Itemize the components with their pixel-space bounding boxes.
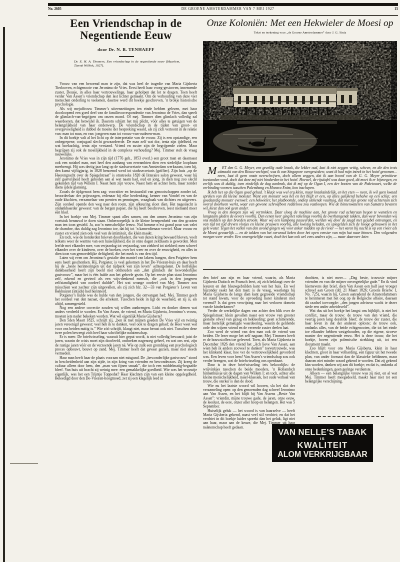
page-left-edge-line [3, 27, 5, 562]
book-citation-box: Dr. E. H. A. Timmers, Een vriendschap in… [74, 60, 180, 74]
end-of-article-rule [318, 416, 384, 417]
paragraph: Laten wij even om Jeronimo’s gestalte de… [55, 256, 197, 293]
paragraph: drachten, is niet meer.... „Dag beste, t… [305, 276, 397, 309]
page-number: 15 [394, 7, 398, 11]
paragraph: Wat dus uit het boekje het langst ons bi… [305, 309, 397, 346]
paragraph: Alleen — een belangrijke vrouw was zij n… [305, 371, 397, 383]
vignette-left [203, 41, 209, 162]
vignette-right [391, 41, 397, 162]
paragraph: In het boekje van Mej. Timmer spant alle… [55, 215, 197, 236]
right-article-title: Onze Koloniën: Met een Hekwieler de Moes… [202, 18, 398, 29]
paragraph: Zooals de tijdgenoot hem zag: voorzitter… [55, 190, 197, 215]
travel-intro-text: MET den G. G. Meyer, een gezellig oude k… [203, 166, 397, 239]
advert-line-4: ALOM VERKRIJGBAAR [272, 450, 373, 459]
masthead-title: DE GROENE AMSTERDAMMER VAN 7 MEI 1927 [181, 7, 274, 11]
paragraph: Den 5den Maart 1825, schrijft zij, „ben … [55, 318, 197, 335]
left-article-byline-box: door Dr. N. B. TENHAEFF [55, 47, 197, 54]
paragraph: Verder de werkelijke dagen van achter de… [203, 309, 295, 330]
left-article-title-line2: Negentiende Eeuw [55, 31, 197, 43]
byline-ornament-rule [119, 56, 134, 57]
left-article-title: Een Vriendschap in de Negentiende Eeuw [55, 19, 197, 43]
paragraph: Zoo werd de vriend van den man ook de vr… [203, 330, 295, 363]
paragraph: Zoo blijft voor ons Maria Gijsberta, kle… [305, 347, 397, 372]
advert-line-3: KWALITEIT [272, 441, 373, 450]
right-article-subtitle-box: Tekst en teekening voor „de Groene Amste… [202, 31, 398, 37]
paragraph: In dit boekje valt al het licht op de in… [55, 136, 197, 157]
paragraph: En toch, wie de honderden brieven doorbl… [55, 235, 197, 256]
book-citation: Dr. E. H. A. Timmers, Een vriendschap in… [74, 60, 180, 68]
paragraph: Als wij mejuffrouw Timmer’s uiteenzettin… [55, 107, 197, 136]
left-article-byline: door Dr. N. B. TENHAEFF [55, 47, 197, 52]
paragraph: Potgieter’s hulde was de hulde van den j… [55, 294, 197, 306]
issue-number: No. 2605 [48, 7, 61, 11]
paragraph: MET den G. G. Meyer, een gezellig oude k… [203, 166, 397, 190]
column-3-text: den brief aan zijn en haar vriend, waari… [203, 276, 295, 429]
travel-intro-box: MET den G. G. Meyer, een gezellig oude k… [203, 166, 397, 267]
masthead-row: No. 2605 DE GROENE AMSTERDAMMER VAN 7 ME… [48, 7, 398, 15]
masthead-thin-rule [48, 15, 398, 16]
river-house-illustration [203, 41, 397, 162]
paragraph: Wie nu het laatste woord wil hooren, sla… [203, 384, 295, 409]
masthead-thick-rule [48, 3, 398, 6]
right-article-subtitle: Tekst en teekening voor „de Groene Amste… [202, 31, 398, 35]
advert-line-1: VAN NELLE'S TABAK [272, 424, 373, 437]
paragraph: Jeronimo de Vries was in zijn tijd (1776… [55, 157, 197, 190]
van-nelle-advert: VAN NELLE'S TABAK IS KWALITEIT ALOM VERK… [272, 424, 373, 462]
column-1-text: Vrouw van een beroemd man te zijn, dat w… [55, 82, 197, 381]
paragraph: Vrouw van een beroemd man te zijn, dat w… [55, 82, 197, 107]
moesi-river-drawing [203, 41, 397, 162]
paragraph: Daar is in deze briefwisseling iets beko… [203, 363, 295, 384]
paragraph: Ik heb het op die Ogan goed gehad. ’t Hu… [203, 190, 397, 210]
margin-mark [10, 463, 38, 464]
river-water [203, 120, 397, 162]
paragraph: Haar man heeft haar de plaats vooraan ni… [55, 356, 197, 381]
left-article-column-1: Vrouw van een beroemd man te zijn, dat w… [55, 82, 197, 459]
paragraph: Nog een andere correctie zouden wij will… [55, 306, 197, 318]
intro-divider-rule [203, 269, 397, 270]
newspaper-page: No. 2605 DE GROENE AMSTERDAMMER VAN 7 ME… [0, 0, 400, 562]
continuation-column-4: drachten, is niet meer.... „Dag beste, t… [305, 276, 397, 412]
column-4-text: drachten, is niet meer.... „Dag beste, t… [305, 276, 397, 384]
paragraph: den brief aan zijn en haar vriend, waari… [203, 276, 295, 309]
paragraph: Vroeg in den morgen zijn wij vertrokken.… [203, 211, 397, 239]
paragraph: Er is meer. De briefwisseling, waaruit h… [55, 335, 197, 356]
